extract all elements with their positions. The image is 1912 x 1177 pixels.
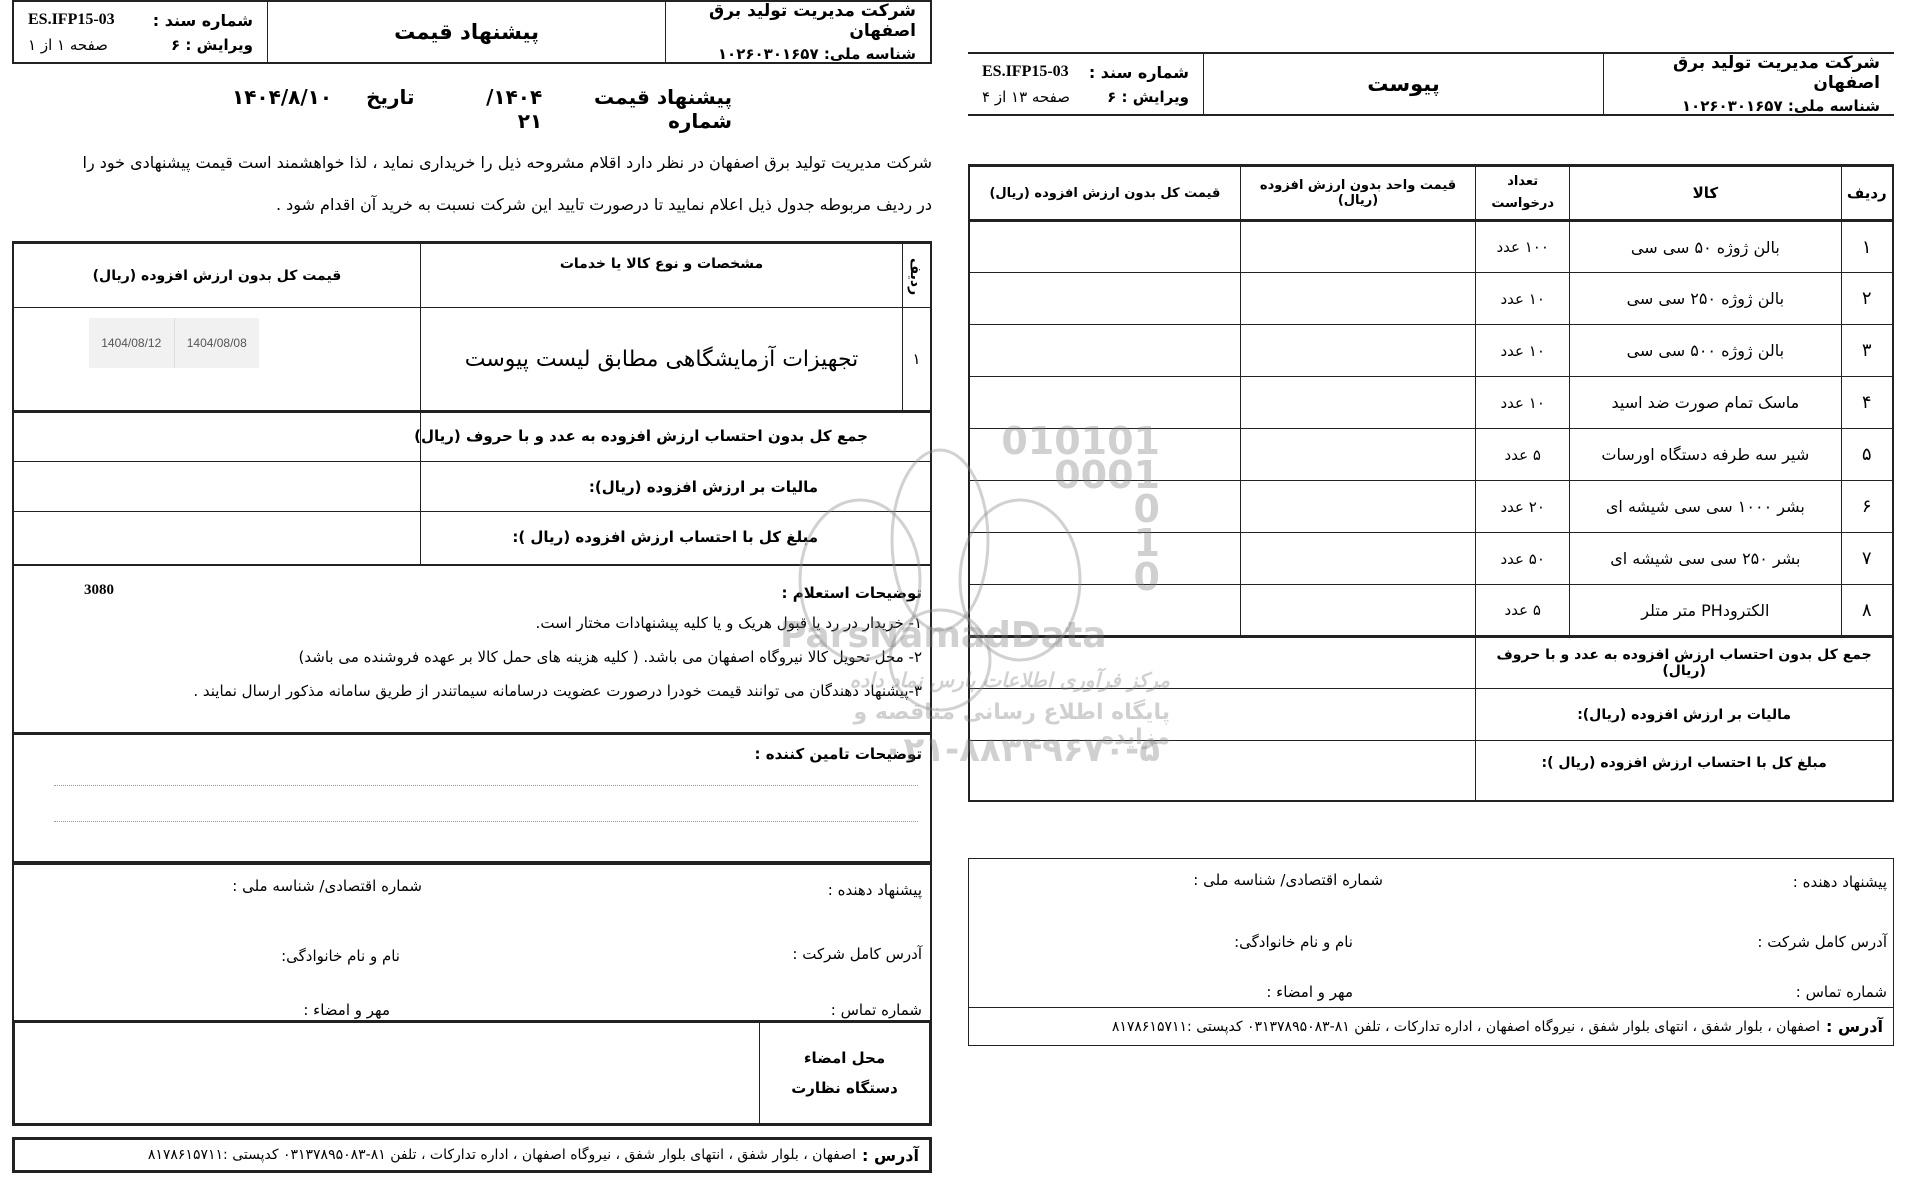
- page-title: پیشنهاد قیمت: [394, 20, 539, 44]
- full-name-label: نام و نام خانوادگی:: [1234, 933, 1353, 951]
- address-label: آدرس :: [1826, 1017, 1883, 1036]
- supervision-section: محل امضاء دستگاه نظارت: [12, 1022, 932, 1126]
- col-unit-price: قیمت واحد بدون ارزش افزوده (ریال): [1240, 166, 1475, 221]
- address-text: اصفهان ، بلوار شفق ، انتهای بلوار شفق ، …: [148, 1147, 856, 1163]
- economic-id-label: شماره اقتصادی/ شناسه ملی :: [1193, 871, 1383, 889]
- page-title: پیوست: [1367, 72, 1440, 96]
- note-item: ۱- خریدار در رد یا قبول هریک و یا کلیه پ…: [536, 614, 922, 632]
- row-number: ۱: [902, 308, 930, 410]
- supervision-signature-area[interactable]: [15, 1023, 759, 1123]
- table-row: ۷ بشر ۲۵۰ سی سی شیشه ای ۵۰ عدد: [969, 533, 1893, 585]
- economic-id-label: شماره اقتصادی/ شناسه ملی :: [232, 877, 422, 895]
- table-row: ۳ بالن ژوژه ۵۰۰ سی سی ۱۰ عدد: [969, 325, 1893, 377]
- address-text: اصفهان ، بلوار شفق ، انتهای بلوار شفق ، …: [1112, 1019, 1820, 1035]
- unit-price-cell[interactable]: [1240, 273, 1475, 325]
- intro-line: شرکت مدیریت تولید برق اصفهان در نظر دارد…: [12, 142, 932, 184]
- stamp-signature-label: مهر و امضاء :: [303, 1001, 390, 1019]
- vat-value[interactable]: [14, 462, 420, 512]
- table-header-row: ردیف کالا تعداد درخواست قیمت واحد بدون ا…: [969, 166, 1893, 221]
- unit-price-cell[interactable]: [1240, 429, 1475, 481]
- date-label: تاریخ: [366, 85, 414, 133]
- title-block: پیوست: [1204, 54, 1604, 114]
- vat-value[interactable]: [969, 689, 1476, 741]
- unit-price-cell[interactable]: [1240, 221, 1475, 273]
- total-cell[interactable]: 1404/08/12 1404/08/08: [14, 308, 420, 410]
- summary-row-vat: مالیات بر ارزش افزوده (ریال):: [969, 689, 1893, 741]
- total-price-cell[interactable]: [969, 377, 1240, 429]
- summary-row-grand-total: مبلغ کل با احتساب ارزش افزوده (ریال ):: [14, 512, 930, 565]
- date-stamp: 1404/08/12 1404/08/08: [89, 318, 259, 368]
- company-name: شرکت مدیریت تولید برق اصفهان: [680, 1, 916, 41]
- doc-no-label: شماره سند :: [1089, 63, 1189, 82]
- quote-heading: پیشنهاد قیمت شماره ۱۴۰۴/ ۲۱ تاریخ ۱۴۰۴/۸…: [232, 85, 732, 133]
- total-price-cell[interactable]: [969, 481, 1240, 533]
- offeror-section: پیشنهاد دهنده : شماره اقتصادی/ شناسه ملی…: [12, 862, 932, 1022]
- note-item: ۳-پیشنهاد دهندگان می توانند قیمت خودرا د…: [193, 682, 922, 700]
- col-desc-header: مشخصات و نوع کالا یا خدمات: [420, 244, 902, 308]
- col-total-price: قیمت کل بدون ارزش افزوده (ریال): [969, 166, 1240, 221]
- doc-info-block: شماره سند : ES.IFP15-03 ویرایش : ۶ صفحه …: [14, 2, 268, 62]
- subtotal-value[interactable]: [14, 413, 420, 462]
- total-price-cell[interactable]: [969, 585, 1240, 637]
- unit-price-cell[interactable]: [1240, 481, 1475, 533]
- title-block: پیشنهاد قیمت: [268, 2, 666, 62]
- summary-row-subtotal: جمع کل بدون احتساب ارزش افزوده به عدد و …: [14, 413, 930, 462]
- offeror-label: پیشنهاد دهنده :: [1793, 873, 1887, 891]
- table-row: ۵ شیر سه طرفه دستگاه اورسات ۵ عدد: [969, 429, 1893, 481]
- col-row: ردیف: [1841, 166, 1893, 221]
- phone-label: شماره تماس :: [1796, 983, 1887, 1001]
- table-row: ۴ ماسک تمام صورت ضد اسید ۱۰ عدد: [969, 377, 1893, 429]
- notes-title: توضیحات استعلام :: [782, 584, 922, 602]
- quote-date: ۱۴۰۴/۸/۱۰: [232, 85, 332, 133]
- left-address-bar: آدرس : اصفهان ، بلوار شفق ، انتهای بلوار…: [12, 1137, 932, 1173]
- doc-no: ES.IFP15-03: [982, 63, 1069, 82]
- col-row-header: ردیف: [902, 244, 930, 308]
- comment-line: [54, 821, 918, 822]
- quote-title: پیشنهاد قیمت شماره: [556, 85, 732, 133]
- company-address-label: آدرس کامل شرکت :: [1757, 933, 1887, 951]
- supervision-line1: محل امضاء: [804, 1049, 885, 1067]
- company-national-id: شناسه ملی: ۱۰۲۶۰۳۰۱۶۵۷: [680, 45, 916, 63]
- unit-price-cell[interactable]: [1240, 325, 1475, 377]
- company-national-id: شناسه ملی: ۱۰۲۶۰۳۰۱۶۵۷: [1618, 97, 1880, 115]
- supervision-line2: دستگاه نظارت: [791, 1079, 898, 1097]
- revision: ویرایش : ۶: [171, 36, 253, 54]
- items-table: ردیف کالا تعداد درخواست قیمت واحد بدون ا…: [968, 164, 1894, 802]
- grand-total-value[interactable]: [969, 741, 1476, 801]
- right-address-bar: آدرس : اصفهان ، بلوار شفق ، انتهای بلوار…: [968, 1008, 1894, 1046]
- left-header: شرکت مدیریت تولید برق اصفهان شناسه ملی: …: [12, 0, 932, 64]
- doc-no-label: شماره سند :: [153, 11, 253, 30]
- total-price-cell[interactable]: [969, 533, 1240, 585]
- total-price-cell[interactable]: [969, 273, 1240, 325]
- page-number: صفحه ۱۳ از ۴: [982, 88, 1070, 106]
- inquiry-notes: توضیحات استعلام : 3080 ۱- خریدار در رد ی…: [12, 566, 932, 734]
- right-page: شرکت مدیریت تولید برق اصفهان شناسه ملی: …: [968, 52, 1894, 1072]
- intro-text: شرکت مدیریت تولید برق اصفهان در نظر دارد…: [12, 142, 932, 226]
- full-name-label: نام و نام خانوادگی:: [281, 947, 400, 965]
- note-item: ۲- محل تحویل کالا نیروگاه اصفهان می باشد…: [299, 648, 922, 666]
- comment-line: [54, 785, 918, 786]
- unit-price-cell[interactable]: [1240, 377, 1475, 429]
- desc-cell: تجهیزات آزمایشگاهی مطابق لیست پیوست: [420, 308, 902, 410]
- col-item: کالا: [1570, 166, 1841, 221]
- page-number: صفحه ۱ از ۱: [28, 36, 108, 54]
- address-label: آدرس :: [862, 1146, 919, 1165]
- company-address-label: آدرس کامل شرکت :: [792, 945, 922, 963]
- grand-total-value[interactable]: [14, 512, 420, 565]
- unit-price-cell[interactable]: [1240, 585, 1475, 637]
- subtotal-value[interactable]: [969, 637, 1476, 689]
- company-block: شرکت مدیریت تولید برق اصفهان شناسه ملی: …: [1604, 54, 1894, 114]
- table-row: ۱ بالن ژوژه ۵۰ سی سی ۱۰۰ عدد: [969, 221, 1893, 273]
- summary-row-grand-total: مبلغ کل با احتساب ارزش افزوده (ریال ):: [969, 741, 1893, 801]
- total-price-cell[interactable]: [969, 221, 1240, 273]
- unit-price-cell[interactable]: [1240, 533, 1475, 585]
- left-page: شرکت مدیریت تولید برق اصفهان شناسه ملی: …: [12, 0, 932, 1177]
- summary-row-vat: مالیات بر ارزش افزوده (ریال):: [14, 462, 930, 512]
- table-row: 1404/08/12 1404/08/08 تجهیزات آزمایشگاهی…: [14, 308, 930, 410]
- quote-number: ۱۴۰۴/ ۲۱: [469, 85, 543, 133]
- doc-no: ES.IFP15-03: [28, 11, 115, 30]
- table-row: ۶ بشر ۱۰۰۰ سی سی شیشه ای ۲۰ عدد: [969, 481, 1893, 533]
- total-price-cell[interactable]: [969, 429, 1240, 481]
- stamp-signature-label: مهر و امضاء :: [1266, 983, 1353, 1001]
- revision: ویرایش : ۶: [1107, 88, 1189, 106]
- supplier-comments-label: توضیحات تامین کننده :: [755, 745, 923, 763]
- summary-row-subtotal: جمع کل بدون احتساب ارزش افزوده به عدد و …: [969, 637, 1893, 689]
- col-total-header: قیمت کل بدون ارزش افزوده (ریال): [14, 244, 420, 308]
- table-row: ۲ بالن ژوژه ۲۵۰ سی سی ۱۰ عدد: [969, 273, 1893, 325]
- doc-info-block: شماره سند : ES.IFP15-03 ویرایش : ۶ صفحه …: [968, 54, 1204, 114]
- table-row: ۸ الکترودPH متر متلر ۵ عدد: [969, 585, 1893, 637]
- supplier-comments[interactable]: توضیحات تامین کننده :: [12, 733, 932, 863]
- company-name: شرکت مدیریت تولید برق اصفهان: [1618, 53, 1880, 93]
- total-price-cell[interactable]: [969, 325, 1240, 377]
- offeror-label: پیشنهاد دهنده :: [828, 881, 922, 899]
- offeror-section: پیشنهاد دهنده : شماره اقتصادی/ شناسه ملی…: [968, 858, 1894, 1008]
- left-main-table: قیمت کل بدون ارزش افزوده (ریال) مشخصات و…: [12, 241, 932, 566]
- intro-line: در ردیف مربوطه جدول ذیل اعلام نمایید تا …: [12, 184, 932, 226]
- inquiry-code: 3080: [84, 582, 114, 599]
- right-header: شرکت مدیریت تولید برق اصفهان شناسه ملی: …: [968, 52, 1894, 116]
- col-qty: تعداد درخواست: [1476, 166, 1570, 221]
- company-block: شرکت مدیریت تولید برق اصفهان شناسه ملی: …: [666, 2, 930, 62]
- phone-label: شماره تماس :: [831, 1001, 922, 1019]
